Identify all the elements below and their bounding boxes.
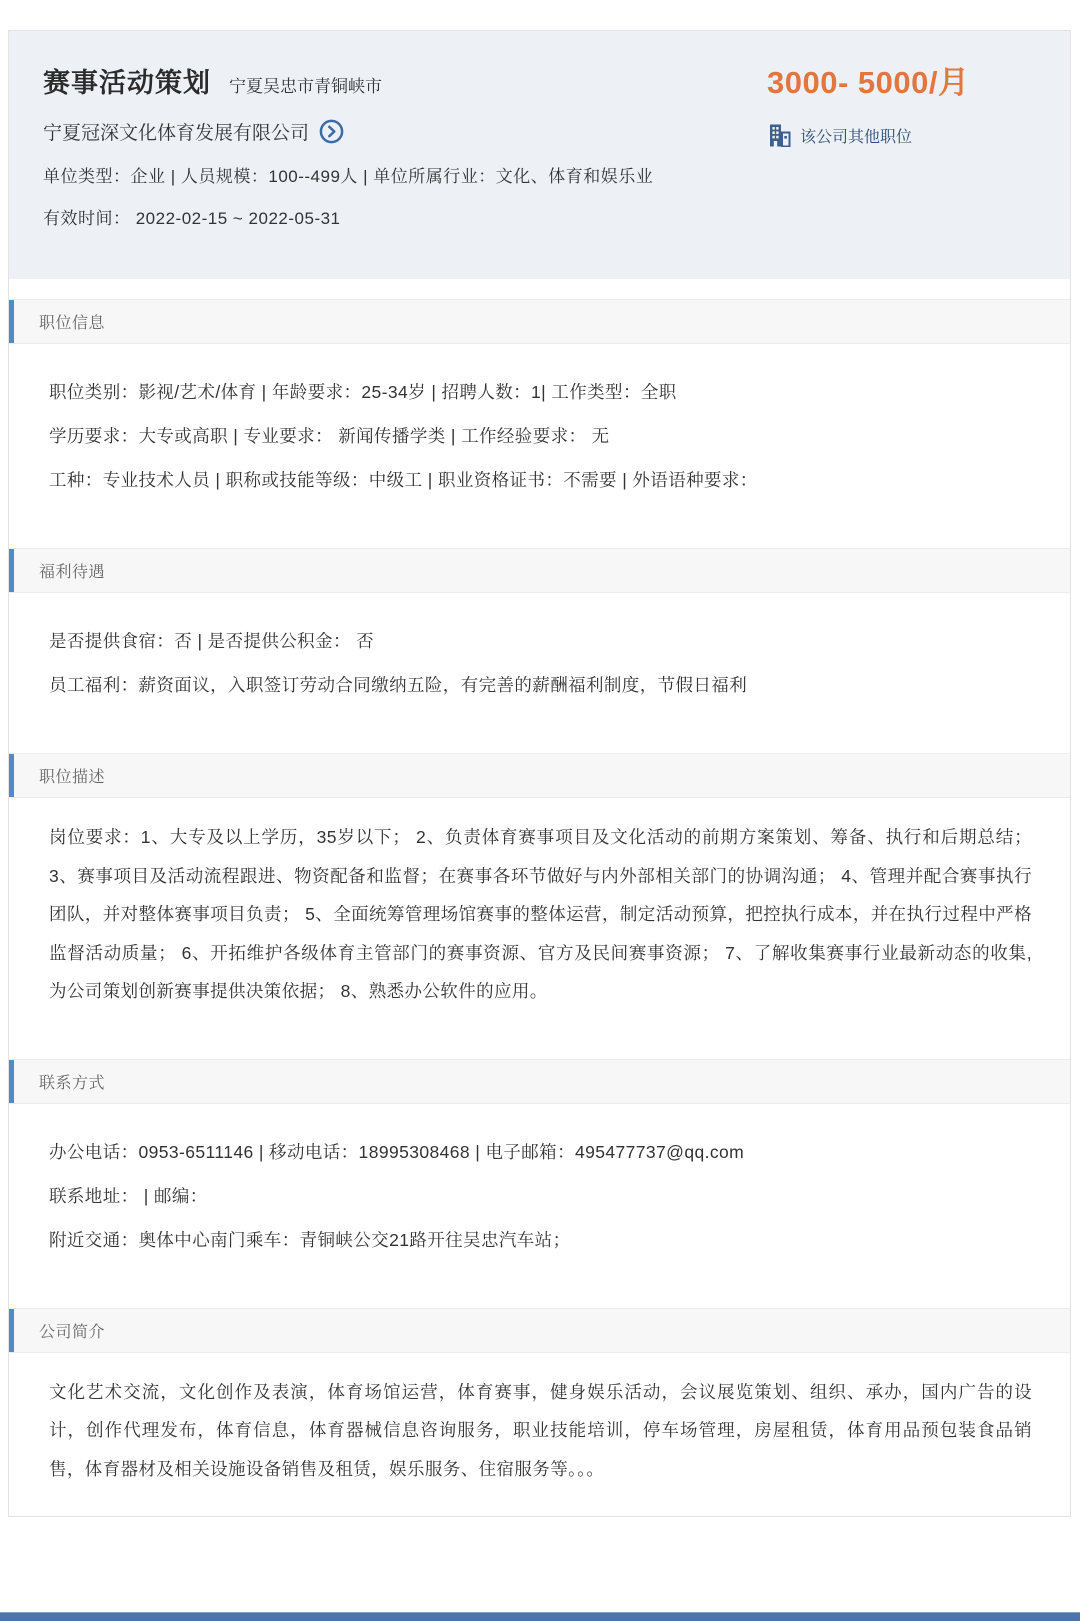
section-body: 文化艺术交流，文化创作及表演，体育场馆运营，体育赛事，健身娱乐活动，会议展览策划…	[9, 1353, 1070, 1517]
section-accent-bar	[9, 1309, 14, 1352]
job-header: 赛事活动策划 宁夏吴忠市青铜峡市 宁夏冠深文化体育发展有限公司 单位类型：企业 …	[9, 31, 1070, 279]
company-name: 宁夏冠深文化体育发展有限公司	[43, 118, 309, 145]
section-title: 公司简介	[39, 1324, 105, 1341]
section-benefits: 福利待遇 是否提供食宿：否 | 是否提供公积金： 否 员工福利：薪资面议，入职签…	[9, 548, 1070, 733]
salary: 3000- 5000/月	[767, 57, 1057, 102]
job-info-line: 工种：专业技术人员 | 职称或技能等级：中级工 | 职业资格证书：不需要 | 外…	[49, 458, 1032, 502]
section-header: 职位描述	[9, 753, 1070, 798]
job-posting-card: 赛事活动策划 宁夏吴忠市青铜峡市 宁夏冠深文化体育发展有限公司 单位类型：企业 …	[8, 30, 1071, 1517]
section-contact: 联系方式 办公电话：0953-6511146 | 移动电话：1899530846…	[9, 1059, 1070, 1288]
other-jobs-label: 该公司其他职位	[800, 124, 912, 147]
job-info-line: 学历要求：大专或高职 | 专业要求： 新闻传播学类 | 工作经验要求： 无	[49, 414, 1032, 458]
contact-line: 联系地址： | 邮编：	[49, 1174, 1032, 1218]
section-body: 是否提供食宿：否 | 是否提供公积金： 否 员工福利：薪资面议，入职签订劳动合同…	[9, 593, 1070, 733]
section-header: 联系方式	[9, 1059, 1070, 1104]
section-accent-bar	[9, 1060, 14, 1103]
contact-line: 附近交通：奥体中心南门乘车：青铜峡公交21路开往吴忠汽车站；	[49, 1218, 1032, 1262]
section-title: 联系方式	[39, 1075, 105, 1092]
chevron-circle-icon[interactable]	[319, 119, 344, 144]
job-title: 赛事活动策划	[43, 61, 211, 100]
company-meta: 单位类型：企业 | 人员规模：100--499人 | 单位所属行业：文化、体育和…	[43, 162, 1036, 187]
other-jobs-link[interactable]: 该公司其他职位	[767, 124, 1057, 147]
section-header: 福利待遇	[9, 548, 1070, 593]
validity-period: 有效时间： 2022-02-15 ~ 2022-05-31	[43, 204, 1036, 229]
section-header: 职位信息	[9, 299, 1070, 344]
job-info-line: 职位类别：影视/艺术/体育 | 年龄要求：25-34岁 | 招聘人数：1| 工作…	[49, 370, 1032, 414]
benefits-line: 员工福利：薪资面议，入职签订劳动合同缴纳五险，有完善的薪酬福利制度，节假日福利	[49, 663, 1032, 707]
header-right-column: 3000- 5000/月 该公	[767, 57, 1057, 147]
contact-line: 办公电话：0953-6511146 | 移动电话：18995308468 | 电…	[49, 1130, 1032, 1174]
section-job-info: 职位信息 职位类别：影视/艺术/体育 | 年龄要求：25-34岁 | 招聘人数：…	[9, 299, 1070, 528]
job-location: 宁夏吴忠市青铜峡市	[229, 72, 382, 97]
section-company-intro: 公司简介 文化艺术交流，文化创作及表演，体育场馆运营，体育赛事，健身娱乐活动，会…	[9, 1308, 1070, 1517]
section-body: 职位类别：影视/艺术/体育 | 年龄要求：25-34岁 | 招聘人数：1| 工作…	[9, 344, 1070, 528]
section-body: 岗位要求：1、大专及以上学历，35岁以下； 2、负责体育赛事项目及文化活动的前期…	[9, 798, 1070, 1039]
company-intro-text: 文化艺术交流，文化创作及表演，体育场馆运营，体育赛事，健身娱乐活动，会议展览策划…	[49, 1373, 1032, 1489]
job-description-text: 岗位要求：1、大专及以上学历，35岁以下； 2、负责体育赛事项目及文化活动的前期…	[49, 818, 1032, 1011]
section-body: 办公电话：0953-6511146 | 移动电话：18995308468 | 电…	[9, 1104, 1070, 1288]
section-title: 职位描述	[39, 769, 105, 786]
section-header: 公司简介	[9, 1308, 1070, 1353]
benefits-line: 是否提供食宿：否 | 是否提供公积金： 否	[49, 619, 1032, 663]
section-accent-bar	[9, 549, 14, 592]
buildings-icon	[767, 124, 791, 147]
section-accent-bar	[9, 300, 14, 343]
section-job-description: 职位描述 岗位要求：1、大专及以上学历，35岁以下； 2、负责体育赛事项目及文化…	[9, 753, 1070, 1039]
section-accent-bar	[9, 754, 14, 797]
section-title: 职位信息	[39, 315, 105, 332]
section-title: 福利待遇	[39, 564, 105, 581]
footer-accent-bar	[0, 1612, 1080, 1621]
